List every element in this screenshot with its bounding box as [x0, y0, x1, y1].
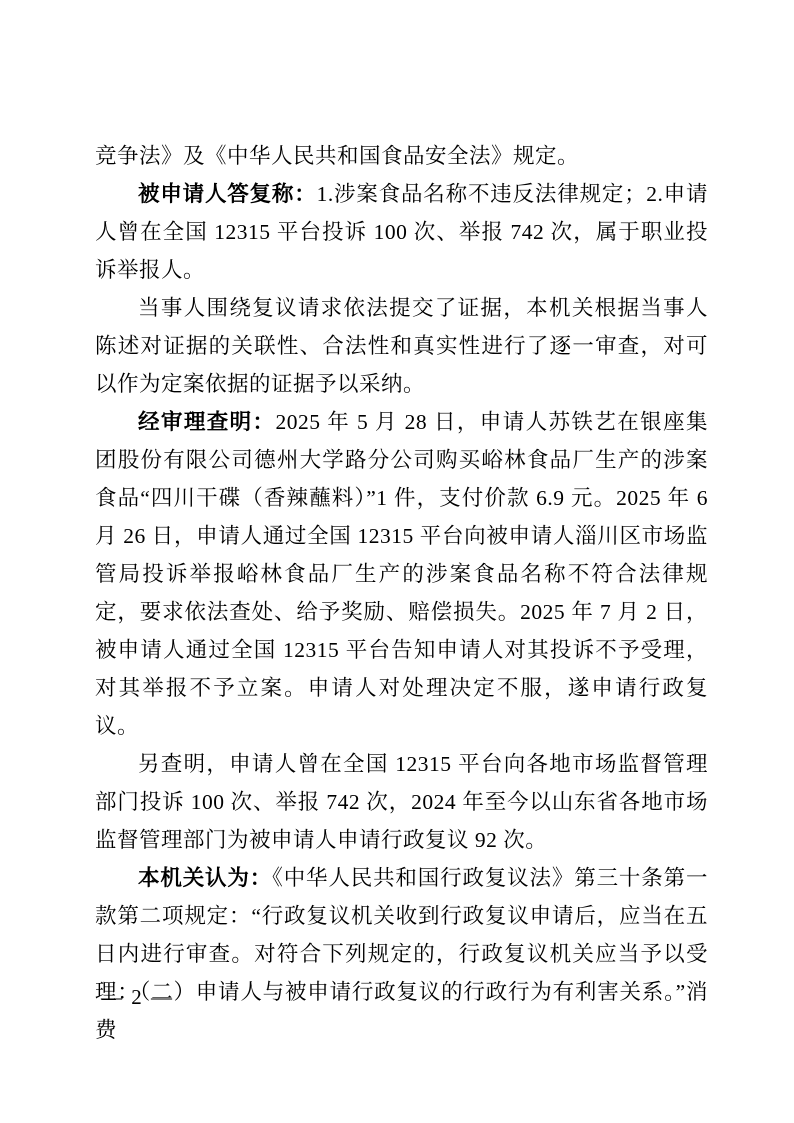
text-run: 2025 年 5 月 28 日，申请人苏铁艺在银座集团股份有限公司德州大学路分公… — [95, 410, 708, 738]
paragraph: 被申请人答复称：1.涉案食品名称不违反法律规定；2.申请人曾在全国 12315 … — [95, 175, 708, 289]
text-run: 经审理查明： — [138, 410, 275, 434]
text-run: 当事人围绕复议请求依法提交了证据，本机关根据当事人陈述对证据的关联性、合法性和真… — [95, 296, 708, 396]
text-run: 竞争法》及《中华人民共和国食品安全法》规定。 — [95, 144, 579, 168]
paragraph: 另查明，申请人曾在全国 12315 平台向各地市场监督管理部门投诉 100 次、… — [95, 745, 708, 859]
text-run: 另查明，申请人曾在全国 12315 平台向各地市场监督管理部门投诉 100 次、… — [95, 752, 708, 852]
page-number: — 2 — — [101, 978, 174, 1016]
text-run: 《中华人民共和国行政复议法》第三十条第一款第二项规定：“行政复议机关收到行政复议… — [95, 866, 708, 1042]
text-run: 本机关认为： — [138, 866, 272, 890]
document-page: 竞争法》及《中华人民共和国食品安全法》规定。被申请人答复称：1.涉案食品名称不违… — [0, 0, 794, 1123]
paragraph: 本机关认为：《中华人民共和国行政复议法》第三十条第一款第二项规定：“行政复议机关… — [95, 859, 708, 1049]
paragraph: 竞争法》及《中华人民共和国食品安全法》规定。 — [95, 137, 708, 175]
paragraph: 当事人围绕复议请求依法提交了证据，本机关根据当事人陈述对证据的关联性、合法性和真… — [95, 289, 708, 403]
text-run: 被申请人答复称： — [138, 182, 317, 206]
document-body: 竞争法》及《中华人民共和国食品安全法》规定。被申请人答复称：1.涉案食品名称不违… — [95, 137, 708, 1049]
paragraph: 经审理查明：2025 年 5 月 28 日，申请人苏铁艺在银座集团股份有限公司德… — [95, 403, 708, 745]
